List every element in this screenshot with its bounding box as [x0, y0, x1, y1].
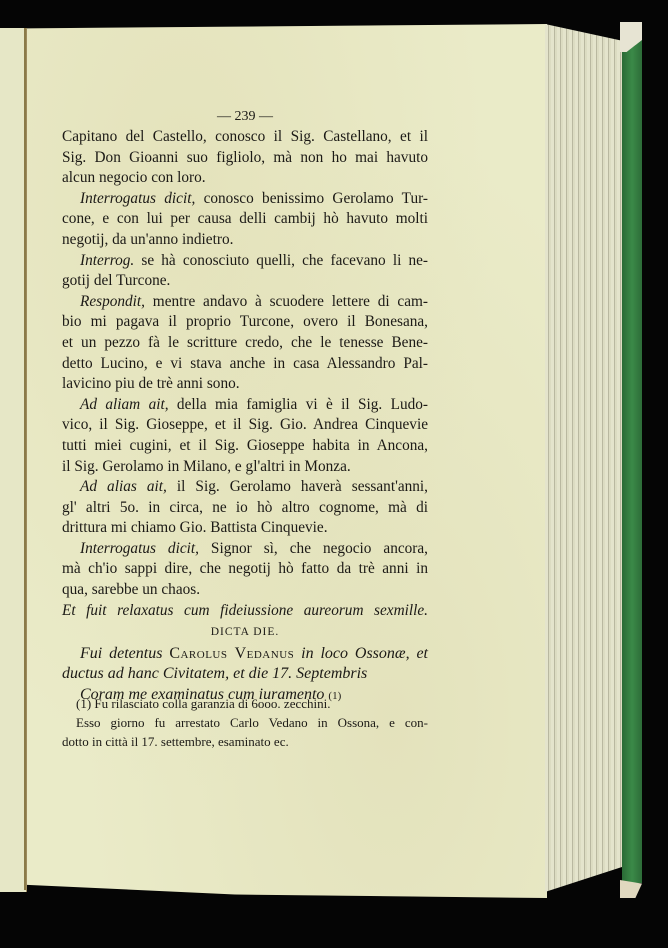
- paragraph-lead: Interrogatus dicit,: [80, 540, 199, 557]
- paragraph-lead: Ad alias ait,: [80, 478, 167, 495]
- paragraph-lead: Ad aliam ait,: [80, 396, 169, 413]
- text-line: et un pezzo fà le scritture credo, che l…: [62, 333, 428, 354]
- text-line: alcun negocio con loro.: [62, 168, 428, 189]
- line-text: gotij del Turcone.: [62, 272, 170, 289]
- paragraph: Interrogatus dicit, conosco benissimo Ge…: [62, 189, 428, 251]
- line-text: della mia famiglia vi è il Sig. Ludo-: [169, 396, 428, 413]
- detention-line-1: Fui detentus Carolus Vedanus in loco Oss…: [62, 644, 428, 665]
- main-text: — 239 — Capitano del Castello, conosco i…: [62, 107, 428, 707]
- paragraph: Interrogatus dicit, Signor sì, che negoc…: [62, 539, 428, 601]
- line-text: mentre andavo à scuodere lettere di cam-: [145, 293, 428, 310]
- line-text: lavicino piu de trè anni sono.: [62, 375, 240, 392]
- line-text: Sig. Don Gioanni suo figliolo, mà non ho…: [62, 149, 428, 166]
- detention-line-2: ductus ad hanc Civitatem, et die 17. Sep…: [62, 664, 428, 685]
- text-line: Ad alias ait, il Sig. Gerolamo haverà se…: [62, 477, 428, 498]
- text-line: cone, e con lui per causa delli cambij h…: [62, 209, 428, 230]
- footnote-line: dotto in città il 17. settembre, esamina…: [62, 732, 428, 751]
- line-text: il Sig. Gerolamo haverà sessant'anni,: [167, 478, 428, 495]
- line-text: gl' altri 5o. in circa, ne io hò altro c…: [62, 499, 428, 516]
- text-line: qua, sarebbe un chaos.: [62, 580, 428, 601]
- paragraph: Capitano del Castello, conosco il Sig. C…: [62, 127, 428, 189]
- line-text: vico, il Sig. Gioseppe, et il Sig. Gio. …: [62, 416, 428, 433]
- line-text: negotij, da un'anno indietro.: [62, 231, 233, 248]
- line-text: il Sig. Gerolamo in Milano, e gl'altri i…: [62, 458, 351, 475]
- paragraph-lead: Interrogatus dicit,: [80, 190, 195, 207]
- line-text: tutti miei cugini, et il Sig. Gioseppe h…: [62, 437, 428, 454]
- footnotes: (1) Fu rilasciato colla garanzia di 6ooo…: [62, 694, 428, 751]
- paragraph-lead: Interrog.: [80, 252, 134, 269]
- paragraph-lead: Respondit,: [80, 293, 145, 310]
- line-text: conosco benissimo Gerolamo Tur-: [195, 190, 428, 207]
- paragraph: Ad alias ait, il Sig. Gerolamo haverà se…: [62, 477, 428, 539]
- text-line: gl' altri 5o. in circa, ne io hò altro c…: [62, 498, 428, 519]
- text-line: Ad aliam ait, della mia famiglia vi è il…: [62, 395, 428, 416]
- left-page-edge: [0, 28, 27, 892]
- text-line: negotij, da un'anno indietro.: [62, 230, 428, 251]
- text-line: vico, il Sig. Gioseppe, et il Sig. Gio. …: [62, 415, 428, 436]
- detention-post: in loco Ossonæ, et: [294, 645, 428, 662]
- text-line: il Sig. Gerolamo in Milano, e gl'altri i…: [62, 457, 428, 478]
- line-text: Signor sì, che negocio ancora,: [199, 540, 428, 557]
- paragraph: Ad aliam ait, della mia famiglia vi è il…: [62, 395, 428, 477]
- closing-line: Et fuit relaxatus cum fideiussione aureo…: [62, 601, 428, 622]
- detainee-name: Carolus Vedanus: [169, 645, 294, 662]
- line-text: qua, sarebbe un chaos.: [62, 581, 200, 598]
- book-cover-green: [622, 38, 642, 883]
- text-line: Respondit, mentre andavo à scuodere lett…: [62, 292, 428, 313]
- text-line: Interrogatus dicit, conosco benissimo Ge…: [62, 189, 428, 210]
- paragraph: Respondit, mentre andavo à scuodere lett…: [62, 292, 428, 395]
- text-line: drittura mi chiamo Gio. Battista Cinquev…: [62, 518, 428, 539]
- paragraph: Interrog. se hà conosciuto quelli, che f…: [62, 251, 428, 292]
- line-text: mà ch'io sappi dire, che negotij hò fatt…: [62, 560, 428, 577]
- text-line: gotij del Turcone.: [62, 271, 428, 292]
- detention-pre: Fui detentus: [80, 645, 169, 662]
- text-line: mà ch'io sappi dire, che negotij hò fatt…: [62, 559, 428, 580]
- text-line: Capitano del Castello, conosco il Sig. C…: [62, 127, 428, 148]
- line-text: se hà conosciuto quelli, che facevano li…: [134, 252, 428, 269]
- line-text: cone, e con lui per causa delli cambij h…: [62, 210, 428, 227]
- page-stack-edges: [545, 24, 625, 892]
- text-line: Interrogatus dicit, Signor sì, che negoc…: [62, 539, 428, 560]
- line-text: alcun negocio con loro.: [62, 169, 206, 186]
- page-number: — 239 —: [62, 107, 428, 127]
- text-line: Interrog. se hà conosciuto quelli, che f…: [62, 251, 428, 272]
- line-text: et un pezzo fà le scritture credo, che l…: [62, 334, 428, 351]
- footnote-line: (1) Fu rilasciato colla garanzia di 6ooo…: [62, 694, 428, 713]
- text-line: detto Lucino, e vi stava anche in casa A…: [62, 354, 428, 375]
- dicta-die-heading: DICTA DIE.: [62, 622, 428, 643]
- gutter-fold: [24, 28, 26, 890]
- text-line: bio mi pagava il proprio Turcone, overo …: [62, 312, 428, 333]
- text-line: Sig. Don Gioanni suo figliolo, mà non ho…: [62, 148, 428, 169]
- line-text: Capitano del Castello, conosco il Sig. C…: [62, 128, 428, 145]
- paragraphs: Capitano del Castello, conosco il Sig. C…: [62, 127, 428, 601]
- footnote-line: Esso giorno fu arrestato Carlo Vedano in…: [62, 713, 428, 732]
- text-line: tutti miei cugini, et il Sig. Gioseppe h…: [62, 436, 428, 457]
- text-line: lavicino piu de trè anni sono.: [62, 374, 428, 395]
- line-text: drittura mi chiamo Gio. Battista Cinquev…: [62, 519, 328, 536]
- line-text: bio mi pagava il proprio Turcone, overo …: [62, 313, 428, 330]
- line-text: detto Lucino, e vi stava anche in casa A…: [62, 355, 428, 372]
